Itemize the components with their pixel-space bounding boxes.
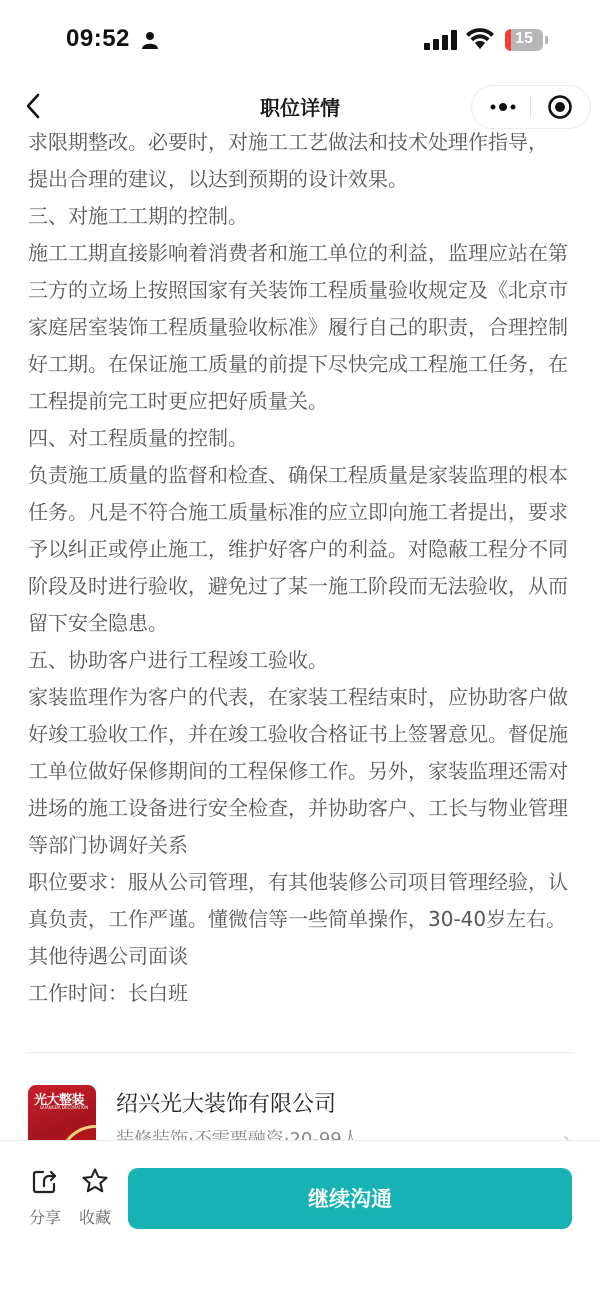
target-icon[interactable] <box>547 94 573 120</box>
battery-tip <box>545 36 548 44</box>
company-card[interactable]: 光大整装 GUANGDA DECORATION 绍兴光大装饰有限公司 装修装饰·… <box>28 1085 572 1145</box>
favorite-label: 收藏 <box>75 1205 115 1228</box>
star-icon <box>81 1167 109 1195</box>
wifi-icon <box>466 27 494 49</box>
battery-icon: 15 <box>505 29 543 51</box>
more-dots-icon[interactable] <box>488 96 518 118</box>
job-requirements: 职位要求：服从公司管理，有其他装修公司项目管理经验，认真负责，工作严谨。懂微信等… <box>28 864 576 975</box>
favorite-button[interactable]: 收藏 <box>75 1167 115 1228</box>
navigation-bar: 职位详情 <box>0 80 600 132</box>
company-name: 绍兴光大装饰有限公司 <box>116 1087 336 1118</box>
bottom-action-bar: 分享 收藏 继续沟通 <box>0 1140 600 1300</box>
share-label: 分享 <box>25 1205 65 1228</box>
capsule-divider <box>530 96 531 118</box>
share-icon <box>31 1167 59 1195</box>
logo-subtext: GUANGDA DECORATION <box>40 1105 88 1110</box>
job-description: 求限期整改。必要时，对施工工艺做法和技术处理作指导， 提出合理的建议，以达到预期… <box>28 124 576 1012</box>
share-button[interactable]: 分享 <box>25 1167 65 1228</box>
status-bar: 09:52 15 <box>0 0 600 80</box>
battery-level: 15 <box>505 30 543 48</box>
mini-program-capsule <box>471 85 591 129</box>
description-line: 提出合理的建议，以达到预期的设计效果。 <box>28 161 576 198</box>
section-heading: 五、协助客户进行工程竣工验收。 <box>28 642 576 679</box>
signal-icon <box>424 30 458 50</box>
work-hours: 工作时间：长白班 <box>28 975 576 1012</box>
section-heading: 四、对工程质量的控制。 <box>28 420 576 457</box>
person-icon <box>142 31 158 49</box>
section-heading: 三、对施工工期的控制。 <box>28 198 576 235</box>
section-divider <box>28 1052 572 1053</box>
continue-chat-button[interactable]: 继续沟通 <box>128 1168 572 1229</box>
clock: 09:52 <box>66 25 130 53</box>
description-paragraph: 负责施工质量的监督和检查、确保工程质量是家装监理的根本任务。凡是不符合施工质量标… <box>28 457 576 642</box>
description-paragraph: 家装监理作为客户的代表，在家装工程结束时，应协助客户做好竣工验收工作，并在竣工验… <box>28 679 576 864</box>
description-paragraph: 施工工期直接影响着消费者和施工单位的利益，监理应站在第三方的立场上按照国家有关装… <box>28 235 576 420</box>
